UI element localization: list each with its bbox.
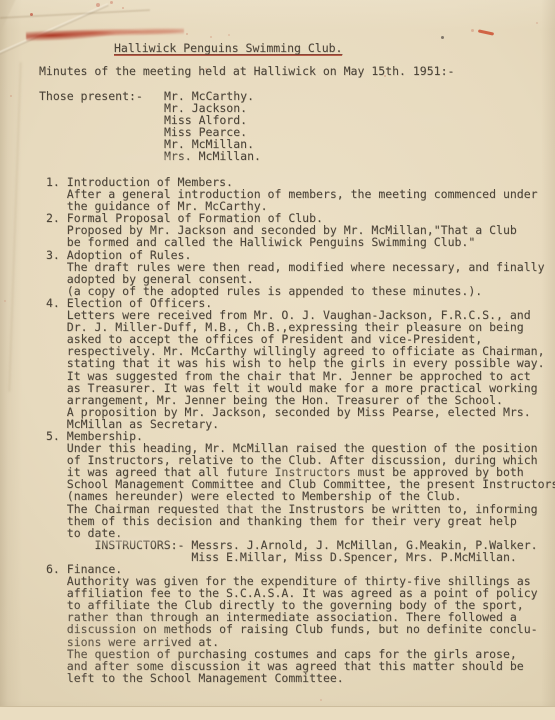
section-line: as Treasurer. It was felt it would make … xyxy=(46,382,555,394)
attendee: Mrs. McMillan. xyxy=(164,150,261,162)
section-number: 3. xyxy=(46,248,67,262)
section: 2. Formal Proposal of Formation of Club.… xyxy=(46,212,555,248)
paper-crease xyxy=(8,62,22,392)
document-title: Halliwick Penguins Swimming Club. xyxy=(114,42,342,56)
red-ink-speck xyxy=(122,7,124,9)
section: 3. Adoption of Rules.The draft rules wer… xyxy=(46,249,555,297)
section-number: 6. xyxy=(46,562,67,576)
section-line: It was suggested from the chair that Mr.… xyxy=(46,370,555,382)
section-line: (names hereunder) were elected to Member… xyxy=(46,490,555,502)
section-number: 1. xyxy=(46,175,67,189)
attendees-label: Those present:- xyxy=(39,90,143,102)
section-line: stating that it was his wish to help the… xyxy=(46,357,555,369)
dark-ink-speck xyxy=(441,36,444,39)
red-ink-speck xyxy=(96,3,100,7)
section-line: The draft rules were then read, modified… xyxy=(46,261,555,273)
section-number: 4. xyxy=(46,296,67,310)
red-ink-speck xyxy=(110,1,113,4)
red-ink-speck xyxy=(30,13,33,16)
document-page: Halliwick Penguins Swimming Club. Minute… xyxy=(0,0,555,720)
section: 4. Election of Officers.Letters were rec… xyxy=(46,297,555,430)
section-line: sions were arrived at. xyxy=(46,636,555,648)
section-line: discussion on methods of raising Club fu… xyxy=(46,623,555,635)
red-ink-speck xyxy=(320,699,322,701)
section-line: left to the School Management Committee. xyxy=(46,672,555,684)
section: 5. Membership.Under this heading, Mr. Mc… xyxy=(46,430,555,563)
section: 6. Finance.Authority was given for the e… xyxy=(46,563,555,684)
minutes-sections: 1. Introduction of Members.After a gener… xyxy=(46,176,555,684)
red-ink-speck xyxy=(186,33,188,35)
section-line: Miss E.Millar, Miss D.Spencer, Mrs. P.Mc… xyxy=(46,551,555,563)
section-line: The Chairman requested that the Instrust… xyxy=(46,503,555,515)
section-head-line: 3. Adoption of Rules. xyxy=(46,249,555,261)
red-ink-speck xyxy=(210,36,212,38)
section-line: The question of purchasing costumes and … xyxy=(46,648,555,660)
red-ink-speck xyxy=(471,29,474,32)
section-number: 2. xyxy=(46,211,67,225)
paper-bottom-edge xyxy=(0,706,555,720)
red-ink-speck xyxy=(228,34,230,36)
red-ink-speck xyxy=(10,95,12,97)
section-line: them of this decision and thanking them … xyxy=(46,515,555,527)
section: 1. Introduction of Members.After a gener… xyxy=(46,176,555,212)
red-ink-speck xyxy=(4,300,6,302)
attendee-list: Mr. McCarthy.Mr. Jackson.Miss Alford.Mis… xyxy=(164,90,261,163)
section-number: 5. xyxy=(46,429,67,443)
section-line: to date. xyxy=(46,527,555,539)
red-ink-dash xyxy=(478,29,494,35)
red-ink-speck xyxy=(536,22,538,24)
section-line: arrangement, Mr. Jenner being the Hon. T… xyxy=(46,394,555,406)
document-subtitle: Minutes of the meeting held at Halliwick… xyxy=(39,65,454,77)
